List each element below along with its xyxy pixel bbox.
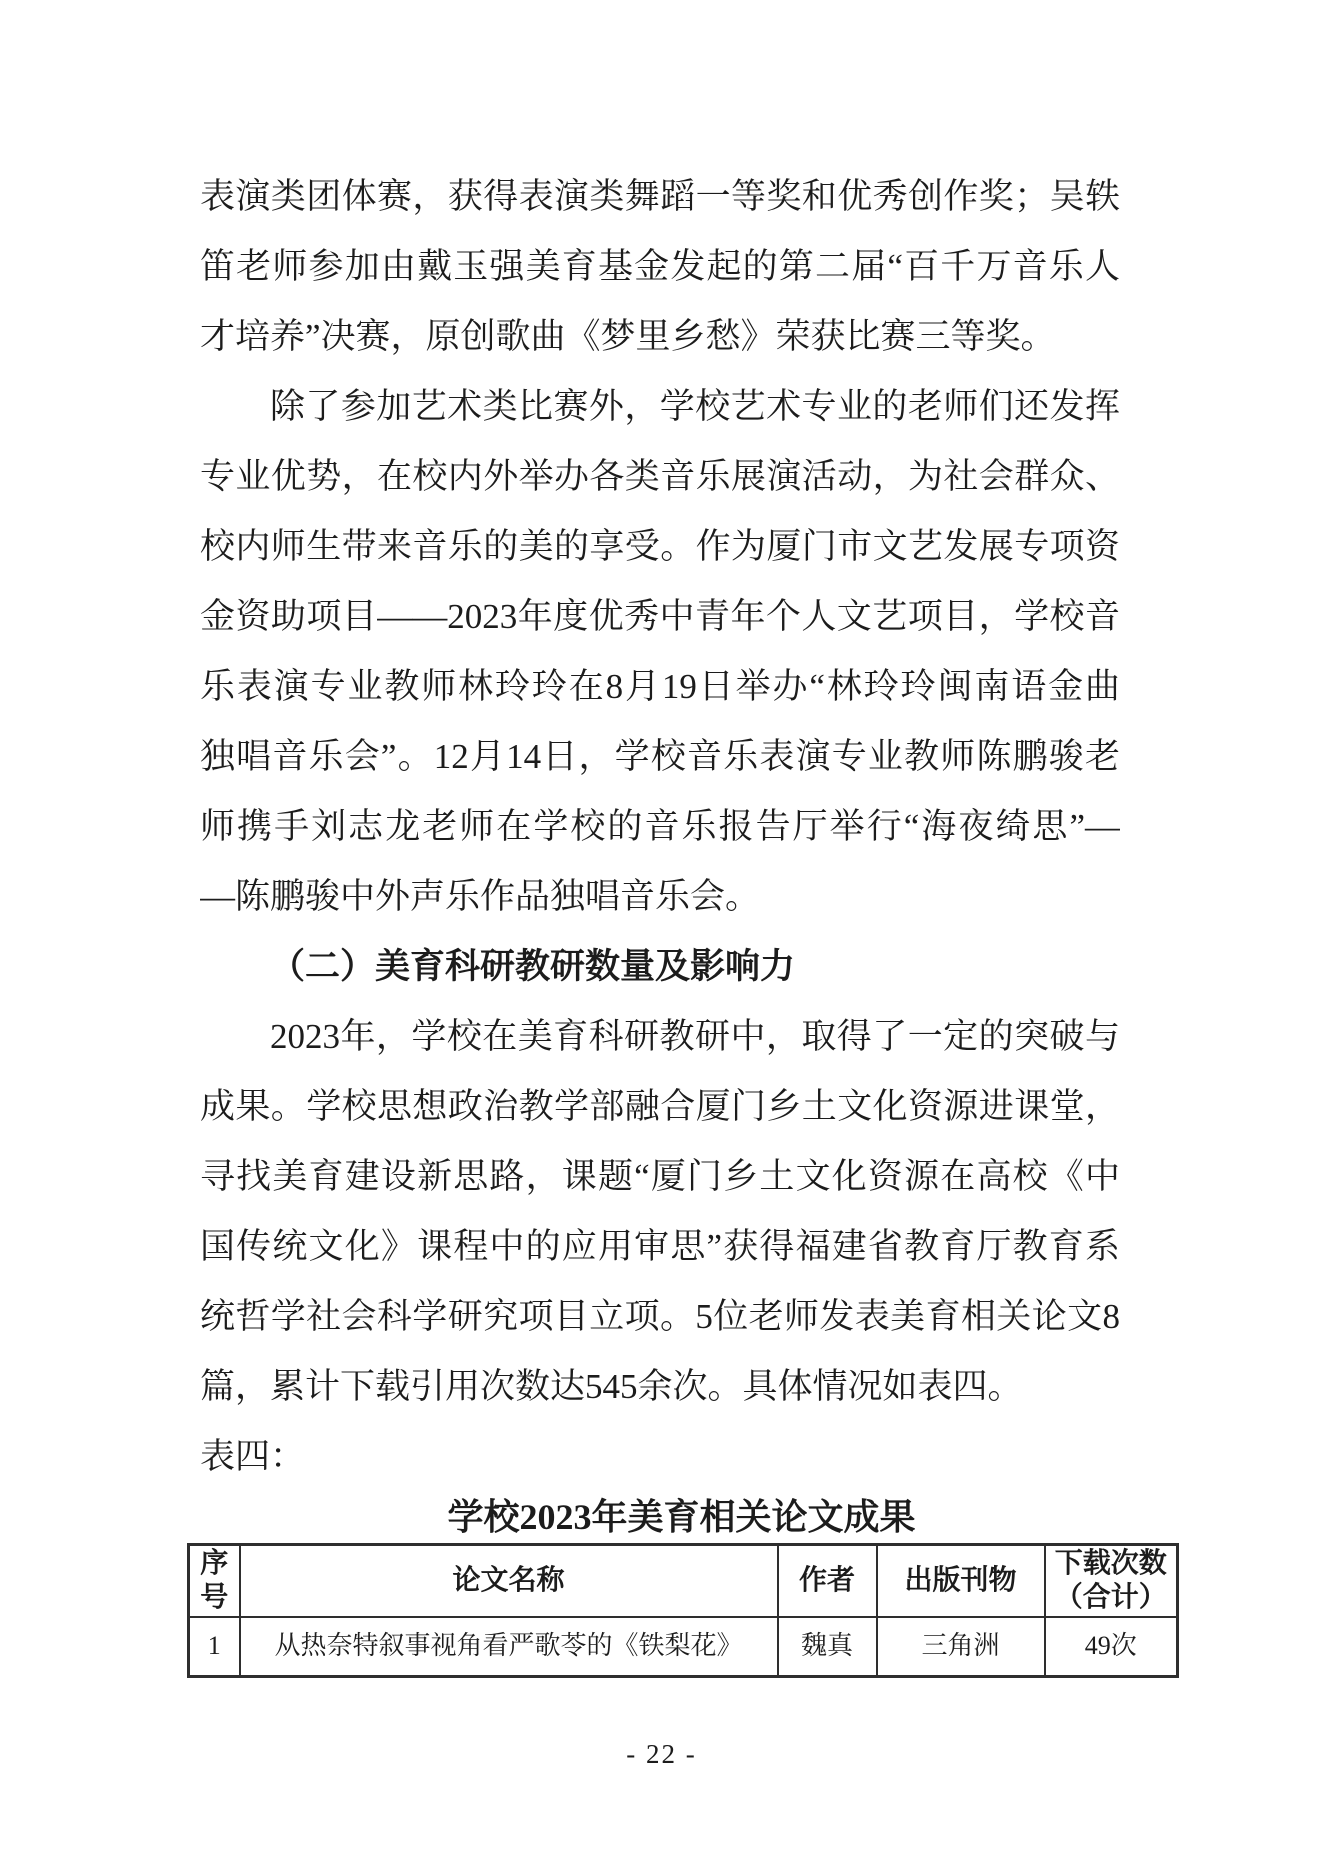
text-line: 国传统文化》课程中的应用审思”获得福建省教育厅教育系 xyxy=(200,1212,1120,1282)
text-line: 表演类团体赛，获得表演类舞蹈一等奖和优秀创作奖；吴轶 xyxy=(200,162,1120,232)
text-line: 表四： xyxy=(200,1422,1120,1492)
text-line: 2023年，学校在美育科研教研中，取得了一定的突破与 xyxy=(200,1002,1120,1072)
text-line: 成果。学校思想政治教学部融合厦门乡土文化资源进课堂， xyxy=(200,1072,1120,1142)
page-number: - 22 - xyxy=(0,1739,1323,1770)
section-heading: （二）美育科研教研数量及影响力 xyxy=(200,932,1120,1002)
table-header-cell: 下载次数 （合计） xyxy=(1045,1545,1178,1617)
text-line: 统哲学社会科学研究项目立项。5位老师发表美育相关论文8 xyxy=(200,1282,1120,1352)
text-line: 除了参加艺术类比赛外，学校艺术专业的老师们还发挥 xyxy=(200,372,1120,442)
table-row: 1从热奈特叙事视角看严歌苓的《铁梨花》魏真三角洲49次 xyxy=(189,1617,1178,1677)
text-line: —陈鹏骏中外声乐作品独唱音乐会。 xyxy=(200,862,1120,932)
table-header-row: 序 号论文名称作者出版刊物下载次数 （合计） xyxy=(189,1545,1178,1617)
table-title: 学校2023年美育相关论文成果 xyxy=(187,1491,1176,1543)
text-line: 金资助项目——2023年度优秀中青年个人文艺项目，学校音 xyxy=(200,582,1120,652)
text-line: 笛老师参加由戴玉强美育基金发起的第二届“百千万音乐人 xyxy=(200,232,1120,302)
text-line: 校内师生带来音乐的美的享受。作为厦门市文艺发展专项资 xyxy=(200,512,1120,582)
table-cell: 从热奈特叙事视角看严歌苓的《铁梨花》 xyxy=(240,1617,778,1677)
table-header-cell: 论文名称 xyxy=(240,1545,778,1617)
table-header-cell: 序 号 xyxy=(189,1545,240,1617)
text-line: 寻找美育建设新思路，课题“厦门乡土文化资源在高校《中 xyxy=(200,1142,1120,1212)
body-text: 表演类团体赛，获得表演类舞蹈一等奖和优秀创作奖；吴轶笛老师参加由戴玉强美育基金发… xyxy=(200,162,1120,1492)
papers-table: 序 号论文名称作者出版刊物下载次数 （合计） 1从热奈特叙事视角看严歌苓的《铁梨… xyxy=(187,1543,1179,1678)
table-cell: 魏真 xyxy=(778,1617,877,1677)
table-cell: 49次 xyxy=(1045,1617,1178,1677)
table-cell: 1 xyxy=(189,1617,240,1677)
text-line: 篇，累计下载引用次数达545余次。具体情况如表四。 xyxy=(200,1352,1120,1422)
table-body: 1从热奈特叙事视角看严歌苓的《铁梨花》魏真三角洲49次 xyxy=(189,1617,1178,1677)
text-line: 才培养”决赛，原创歌曲《梦里乡愁》荣获比赛三等奖。 xyxy=(200,302,1120,372)
text-line: 乐表演专业教师林玲玲在8月19日举办“林玲玲闽南语金曲 xyxy=(200,652,1120,722)
text-line: 师携手刘志龙老师在学校的音乐报告厅举行“海夜绮思”— xyxy=(200,792,1120,862)
text-line: 独唱音乐会”。12月14日，学校音乐表演专业教师陈鹏骏老 xyxy=(200,722,1120,792)
table-header-cell: 作者 xyxy=(778,1545,877,1617)
document-page: 表演类团体赛，获得表演类舞蹈一等奖和优秀创作奖；吴轶笛老师参加由戴玉强美育基金发… xyxy=(0,0,1323,1871)
table-header: 序 号论文名称作者出版刊物下载次数 （合计） xyxy=(189,1545,1178,1617)
text-line: 专业优势，在校内外举办各类音乐展演活动，为社会群众、 xyxy=(200,442,1120,512)
table-header-cell: 出版刊物 xyxy=(877,1545,1045,1617)
table-cell: 三角洲 xyxy=(877,1617,1045,1677)
